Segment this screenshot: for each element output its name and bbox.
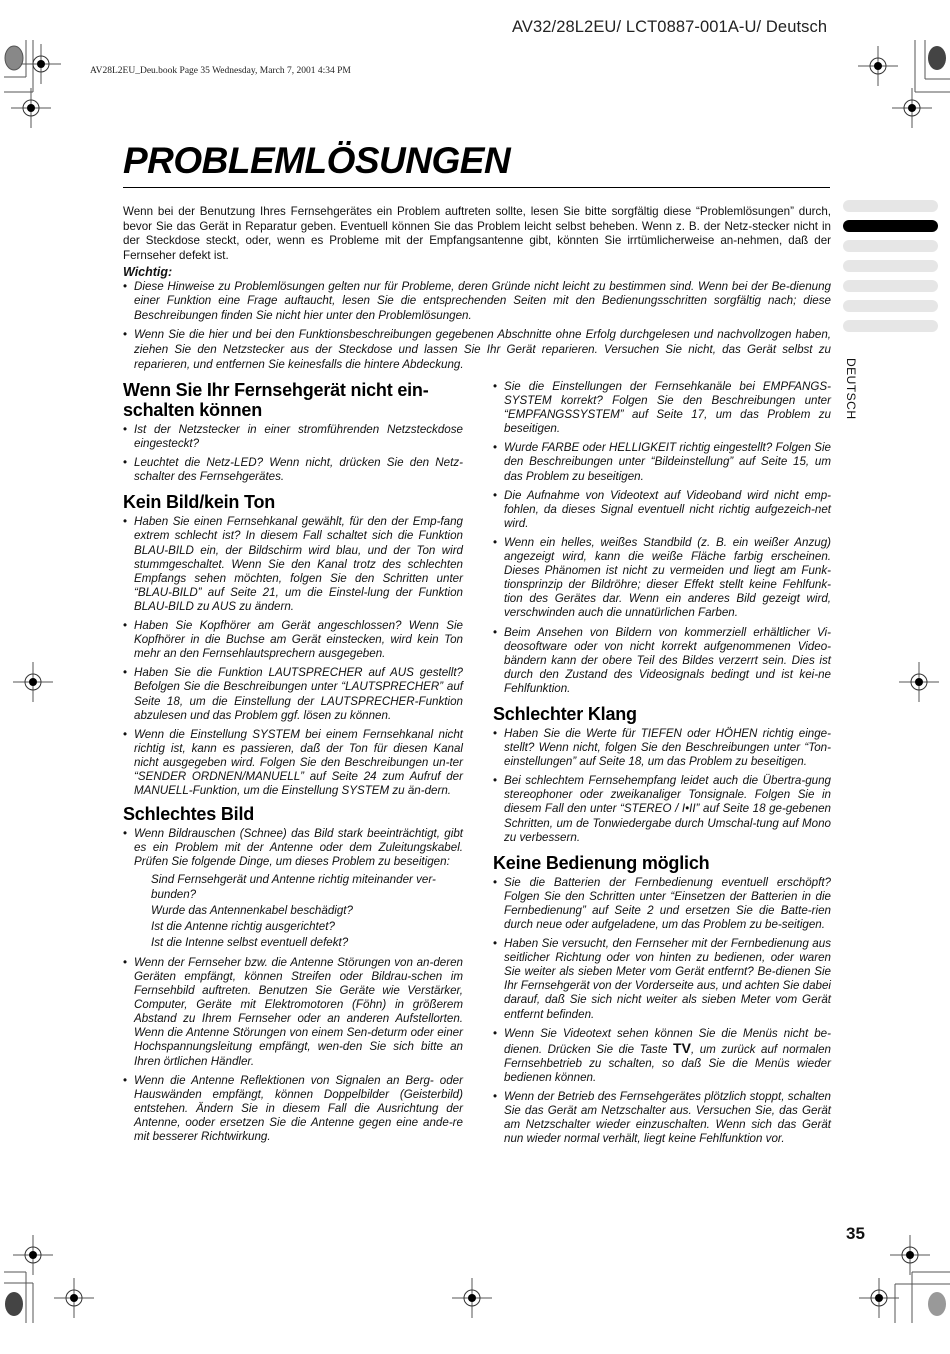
- list-item: Sie die Einstellungen der Fernsehkanäle …: [493, 380, 831, 436]
- list-item: Haben Sie versucht, den Fernseher mit de…: [493, 937, 831, 1022]
- list-item: Haben Sie einen Fernsehkanal gewählt, fü…: [123, 515, 463, 614]
- list-item: Wenn ein helles, weißes Standbild (z. B.…: [493, 536, 831, 621]
- list-item: Wenn die Einstellung SYSTEM bei einem Fe…: [123, 728, 463, 798]
- language-tab-active: [843, 220, 938, 232]
- list-item: Wenn Bildrauschen (Schnee) das Bild star…: [123, 827, 463, 869]
- list-item: Bei schlechtem Fernsehempfang leidet auc…: [493, 774, 831, 844]
- right-column: Sie die Einstellungen der Fernsehkanäle …: [493, 380, 831, 1151]
- list-item: Wenn der Fernseher bzw. die Antenne Stör…: [123, 956, 463, 1069]
- page-number: 35: [846, 1224, 865, 1244]
- intro-paragraph: Wenn bei der Benutzung Ihres Fernsehgerä…: [123, 205, 831, 263]
- list-item: Wenn die Antenne Reflektionen von Signal…: [123, 1074, 463, 1144]
- list-item: Beim Ansehen von Bildern von kommerziell…: [493, 626, 831, 696]
- list-item: Haben Sie die Funktion LAUTSPRECHER auf …: [123, 666, 463, 722]
- important-item: Diese Hinweise zu Problemlösungen gelten…: [123, 280, 831, 324]
- check-list: Sind Fernsehgerät und Antenne richtig mi…: [123, 873, 463, 949]
- language-tabs: [843, 200, 938, 340]
- important-item: Wenn Sie die hier und bei den Funktionsb…: [123, 328, 831, 372]
- left-column: Wenn Sie Ihr Fernsehgerät nicht ein-scha…: [123, 380, 463, 1149]
- check-item: Sind Fernsehgerät und Antenne richtig mi…: [123, 873, 463, 901]
- language-tab: [843, 300, 938, 312]
- language-tab: [843, 320, 938, 332]
- check-item: Ist die Antenne richtig ausgerichtet?: [123, 920, 463, 934]
- check-item: Ist die Intenne selbst eventuell defekt?: [123, 936, 463, 950]
- language-tab: [843, 280, 938, 292]
- page-title: PROBLEMLÖSUNGEN: [123, 140, 510, 182]
- list-item: Haben Sie Kopfhörer am Gerät angeschloss…: [123, 619, 463, 661]
- important-label: Wichtig:: [123, 265, 831, 280]
- tv-key-label: TV: [673, 1040, 691, 1056]
- list-item: Wenn der Betrieb des Fernsehgerätes plöt…: [493, 1090, 831, 1146]
- list-item: Die Aufnahme von Videotext auf Videoband…: [493, 489, 831, 531]
- language-tab: [843, 260, 938, 272]
- language-tab: [843, 200, 938, 212]
- important-notes: Wichtig: Diese Hinweise zu Problemlösung…: [123, 265, 831, 377]
- language-tab: [843, 240, 938, 252]
- list-item: Ist der Netzstecker in einer stromführen…: [123, 423, 463, 451]
- check-item: Wurde das Antennenkabel beschädigt?: [123, 904, 463, 918]
- language-side-label: DEUTSCH: [844, 358, 858, 438]
- section-heading-bad-sound: Schlechter Klang: [493, 704, 831, 724]
- section-heading-no-power: Wenn Sie Ihr Fernsehgerät nicht ein-scha…: [123, 380, 463, 420]
- list-item: Leuchtet die Netz-LED? Wenn nicht, drück…: [123, 456, 463, 484]
- list-item-videotext: Wenn Sie Videotext sehen können Sie die …: [493, 1027, 831, 1085]
- section-heading-no-picture-sound: Kein Bild/kein Ton: [123, 492, 463, 512]
- list-item: Sie die Batterien der Fernbedienung even…: [493, 876, 831, 932]
- section-heading-bad-picture: Schlechtes Bild: [123, 804, 463, 824]
- section-heading-no-operation: Keine Bedienung möglich: [493, 853, 831, 873]
- list-item: Haben Sie die Werte für TIEFEN oder HÖHE…: [493, 727, 831, 769]
- list-item: Wurde FARBE oder HELLIGKEIT richtig eing…: [493, 441, 831, 483]
- title-divider: [123, 187, 830, 188]
